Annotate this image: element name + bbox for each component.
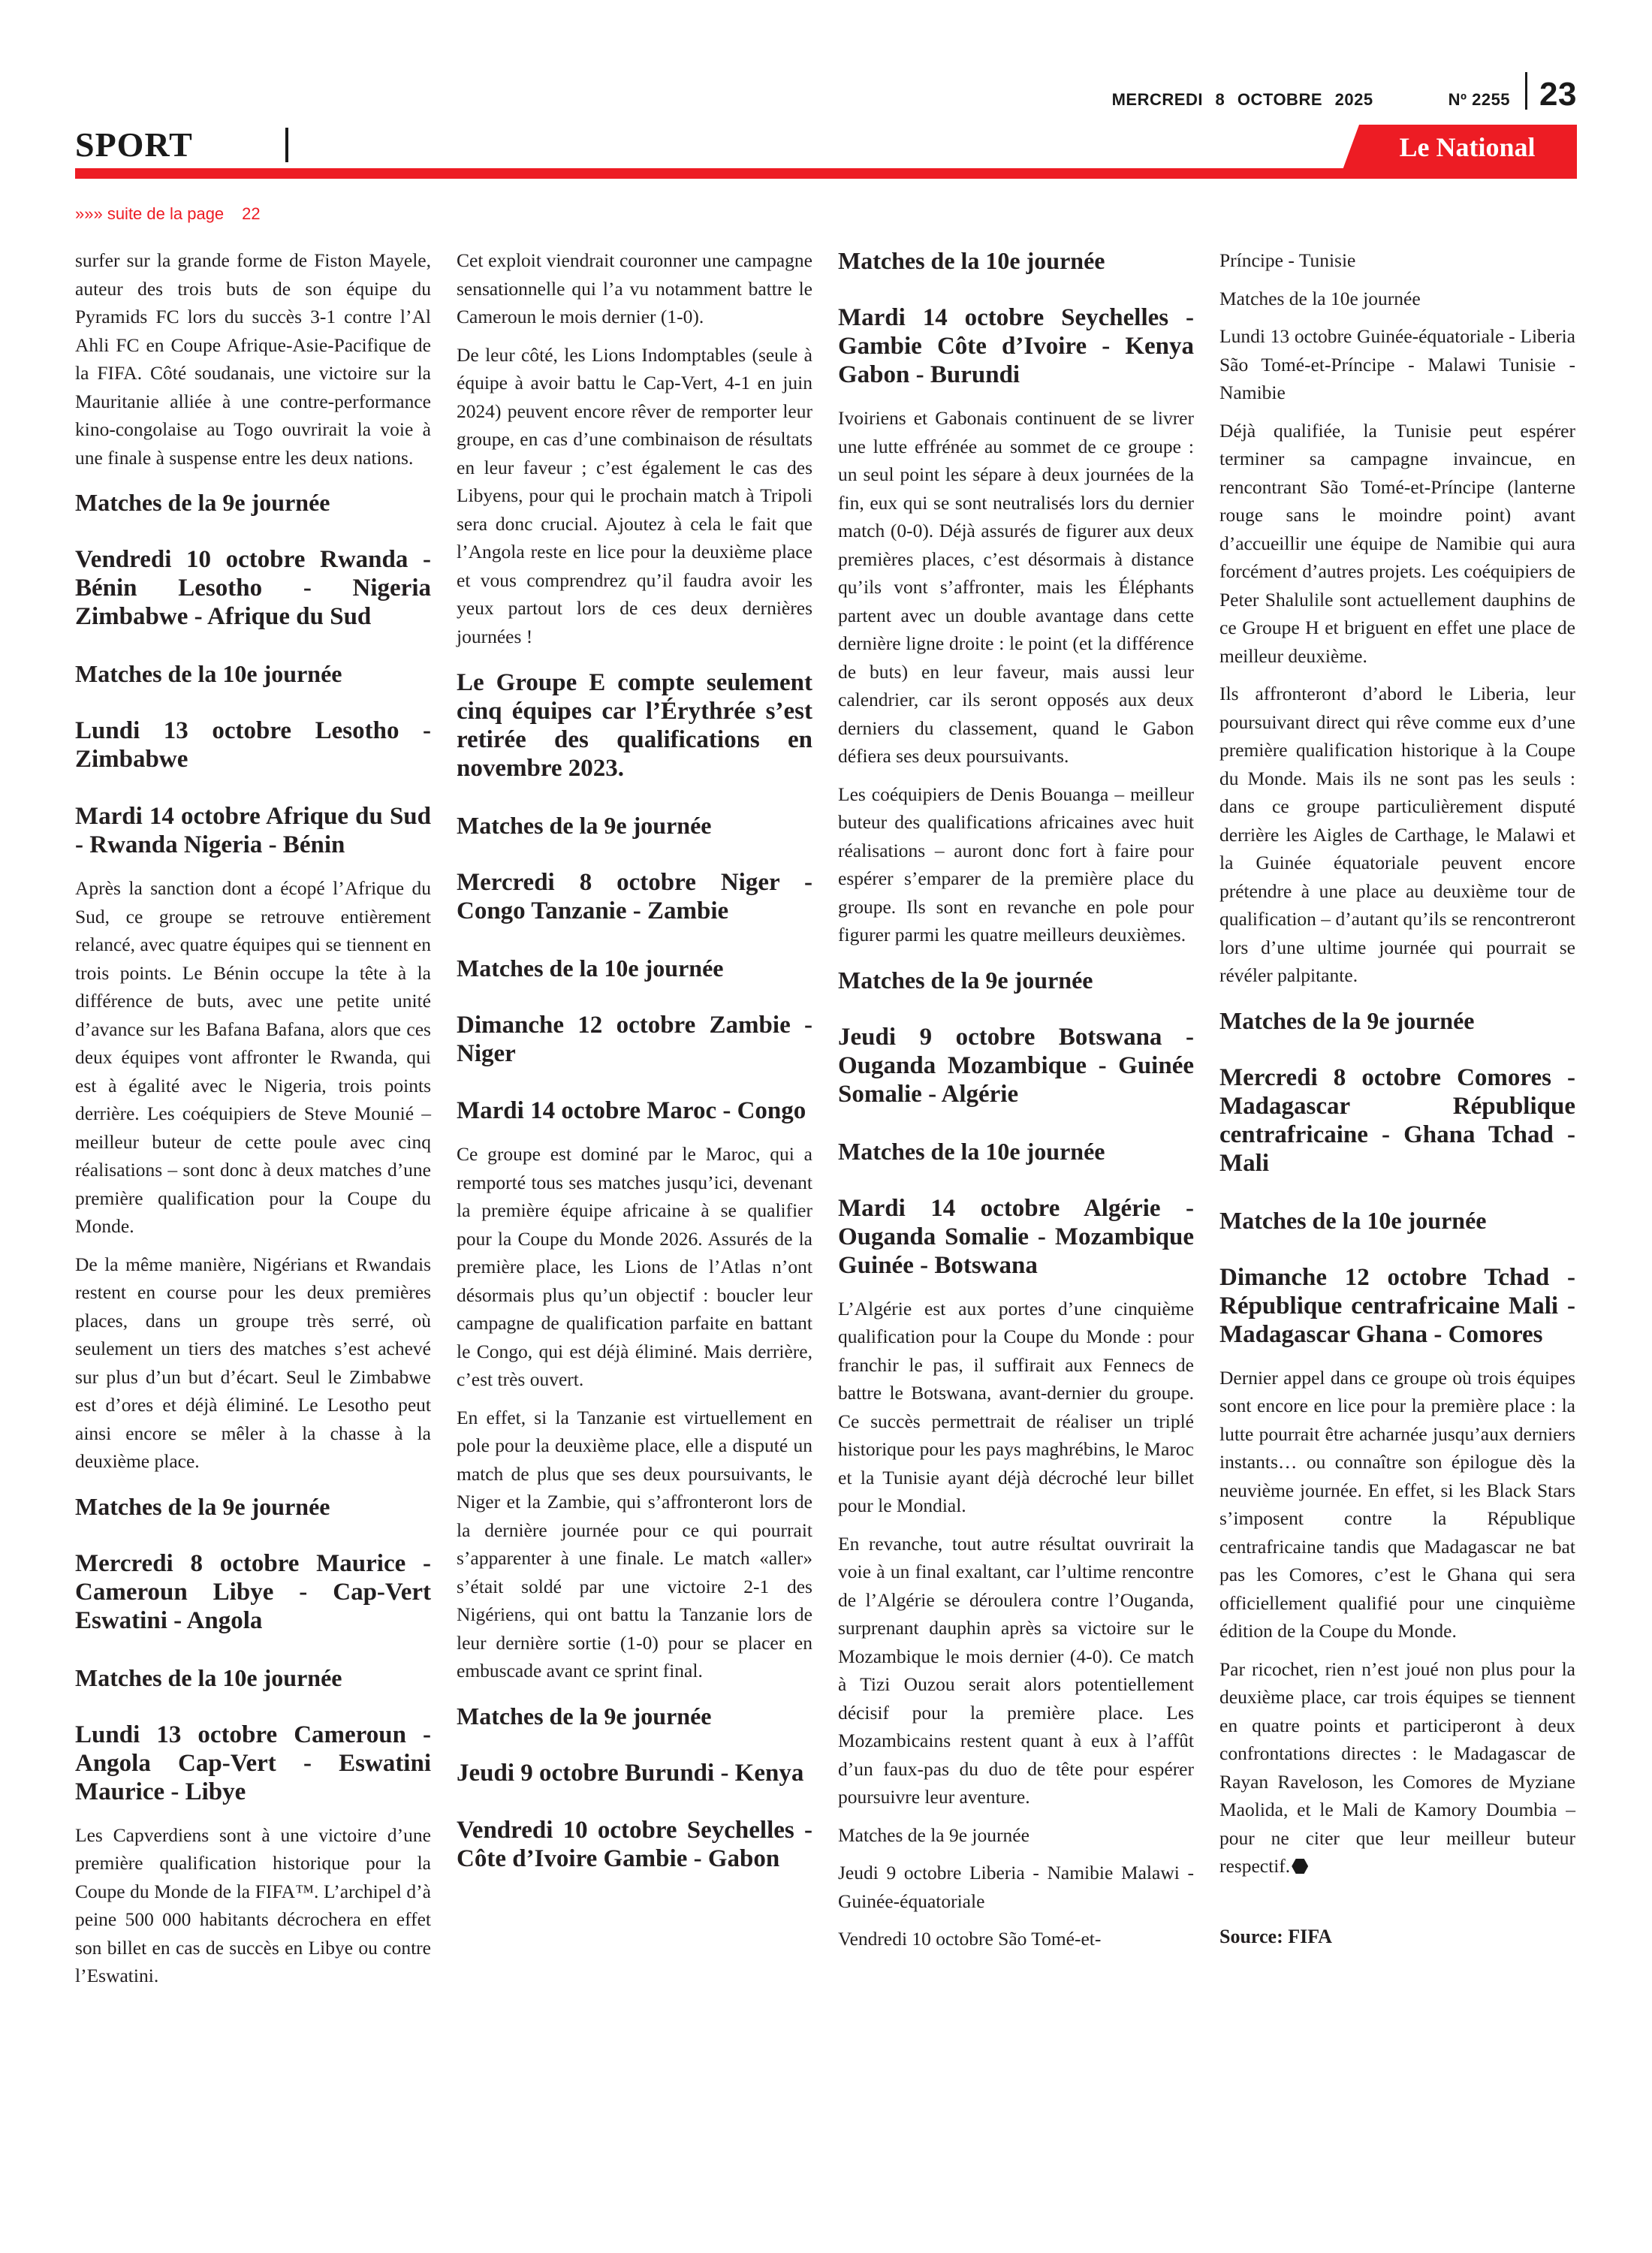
paragraph: En revanche, tout autre résultat ouvrira… [838, 1530, 1194, 1811]
paragraph: Déjà qualifiée, la Tunisie peut espérer … [1219, 417, 1575, 671]
fixtures-heading: Vendredi 10 octobre Rwanda - Bénin Lesot… [75, 545, 431, 631]
fixtures-heading: Lundi 13 octobre Cameroun - Angola Cap-V… [75, 1721, 431, 1806]
brand-logo: Le National [1343, 125, 1577, 170]
highlight-callout: Le Groupe E compte seulement cinq équipe… [457, 668, 812, 783]
masthead-meta: MERCREDI 8 OCTOBRE 2025 Nº 2255 23 [1112, 72, 1577, 110]
issue-number: Nº 2255 [1449, 90, 1510, 110]
fixtures-heading: Mardi 14 octobre Maroc - Congo [457, 1096, 812, 1125]
paragraph: Cet exploit viendrait couronner une camp… [457, 246, 812, 331]
fixtures-list: Lundi 13 octobre Guinée-équatoriale - Li… [1219, 322, 1575, 407]
paragraph: Ils affronteront d’abord le Liberia, leu… [1219, 680, 1575, 990]
fixtures-label: Matches de la 10e journée [1219, 285, 1575, 313]
paragraph: En effet, si la Tanzanie est virtuelleme… [457, 1404, 812, 1685]
subheading: Matches de la 9e journée [75, 1492, 431, 1521]
paragraph: Les coéquipiers de Denis Bouanga – meill… [838, 780, 1194, 949]
paragraph: De la même manière, Nigérians et Rwandai… [75, 1250, 431, 1476]
section-header: SPORT Le National [75, 120, 1577, 173]
paragraph: Dernier appel dans ce groupe où trois éq… [1219, 1364, 1575, 1645]
fixtures-heading: Jeudi 9 octobre Burundi - Kenya [457, 1759, 812, 1787]
header-divider [1525, 72, 1527, 110]
fixtures-heading: Vendredi 10 octobre Seychelles - Côte d’… [457, 1816, 812, 1873]
fixtures-heading: Dimanche 12 octobre Zambie - Niger [457, 1011, 812, 1068]
section-title: SPORT [75, 125, 193, 164]
continued-page: 22 [242, 204, 260, 223]
subheading: Matches de la 10e journée [457, 954, 812, 982]
page-number: 23 [1539, 80, 1577, 110]
column-1: surfer sur la grande forme de Fiston May… [75, 246, 431, 2000]
section-divider [285, 128, 288, 162]
fixtures-list: Vendredi 10 octobre São Tomé-et- [838, 1925, 1194, 1953]
fixtures-heading: Lundi 13 octobre Lesotho - Zimbabwe [75, 716, 431, 774]
fixtures-heading: Jeudi 9 octobre Botswana - Ouganda Mozam… [838, 1023, 1194, 1108]
paragraph: Ivoiriens et Gabonais continuent de se l… [838, 404, 1194, 771]
subheading: Matches de la 9e journée [1219, 1006, 1575, 1035]
subheading: Matches de la 9e journée [75, 488, 431, 517]
end-of-article-icon [1292, 1859, 1308, 1874]
subheading: Matches de la 10e journée [75, 1663, 431, 1692]
issue-date: MERCREDI 8 OCTOBRE 2025 [1112, 90, 1373, 110]
fixtures-heading: Mercredi 8 octobre Maurice - Cameroun Li… [75, 1549, 431, 1635]
brand-name: Le National [1384, 131, 1535, 163]
paragraph: L’Algérie est aux portes d’une cinquième… [838, 1295, 1194, 1520]
subheading: Matches de la 10e journée [75, 659, 431, 688]
paragraph: surfer sur la grande forme de Fiston May… [75, 246, 431, 472]
fixtures-heading: Mercredi 8 octobre Niger - Congo Tanzani… [457, 868, 812, 925]
paragraph: Après la sanction dont a écopé l’Afrique… [75, 874, 431, 1241]
column-4: Príncipe - Tunisie Matches de la 10e jou… [1219, 246, 1575, 1948]
column-2: Cet exploit viendrait couronner une camp… [457, 246, 812, 1902]
fixtures-heading: Mardi 14 octobre Seychelles - Gambie Côt… [838, 303, 1194, 389]
fixtures-heading: Mardi 14 octobre Algérie - Ouganda Somal… [838, 1194, 1194, 1280]
fixtures-heading: Mardi 14 octobre Afrique du Sud - Rwanda… [75, 802, 431, 859]
source-credit: Source: FIFA [1219, 1926, 1575, 1948]
paragraph-text: Par ricochet, rien n’est joué non plus p… [1219, 1658, 1575, 1877]
subheading: Matches de la 9e journée [457, 811, 812, 840]
paragraph: De leur côté, les Lions Indomptables (se… [457, 341, 812, 651]
paragraph: Ce groupe est dominé par le Maroc, qui a… [457, 1140, 812, 1394]
subheading: Matches de la 10e journée [838, 1137, 1194, 1166]
paragraph: Les Capverdiens sont à une victoire d’un… [75, 1821, 431, 1990]
subheading: Matches de la 9e journée [838, 966, 1194, 994]
header-red-rule [75, 168, 1577, 179]
fixtures-heading: Dimanche 12 octobre Tchad - République c… [1219, 1263, 1575, 1349]
fixtures-heading: Mercredi 8 octobre Comores - Madagascar … [1219, 1063, 1575, 1178]
subheading: Matches de la 10e journée [1219, 1206, 1575, 1235]
paragraph: Par ricochet, rien n’est joué non plus p… [1219, 1655, 1575, 1881]
subheading: Matches de la 9e journée [457, 1702, 812, 1730]
fixtures-list: Jeudi 9 octobre Liberia - Namibie Malawi… [838, 1859, 1194, 1915]
column-3: Matches de la 10e journée Mardi 14 octob… [838, 246, 1194, 1963]
continued-label: »»» suite de la page [75, 204, 224, 223]
fixtures-list: Príncipe - Tunisie [1219, 246, 1575, 275]
fixtures-label: Matches de la 9e journée [838, 1821, 1194, 1850]
continued-from: »»» suite de la page22 [75, 204, 261, 224]
subheading: Matches de la 10e journée [838, 246, 1194, 275]
